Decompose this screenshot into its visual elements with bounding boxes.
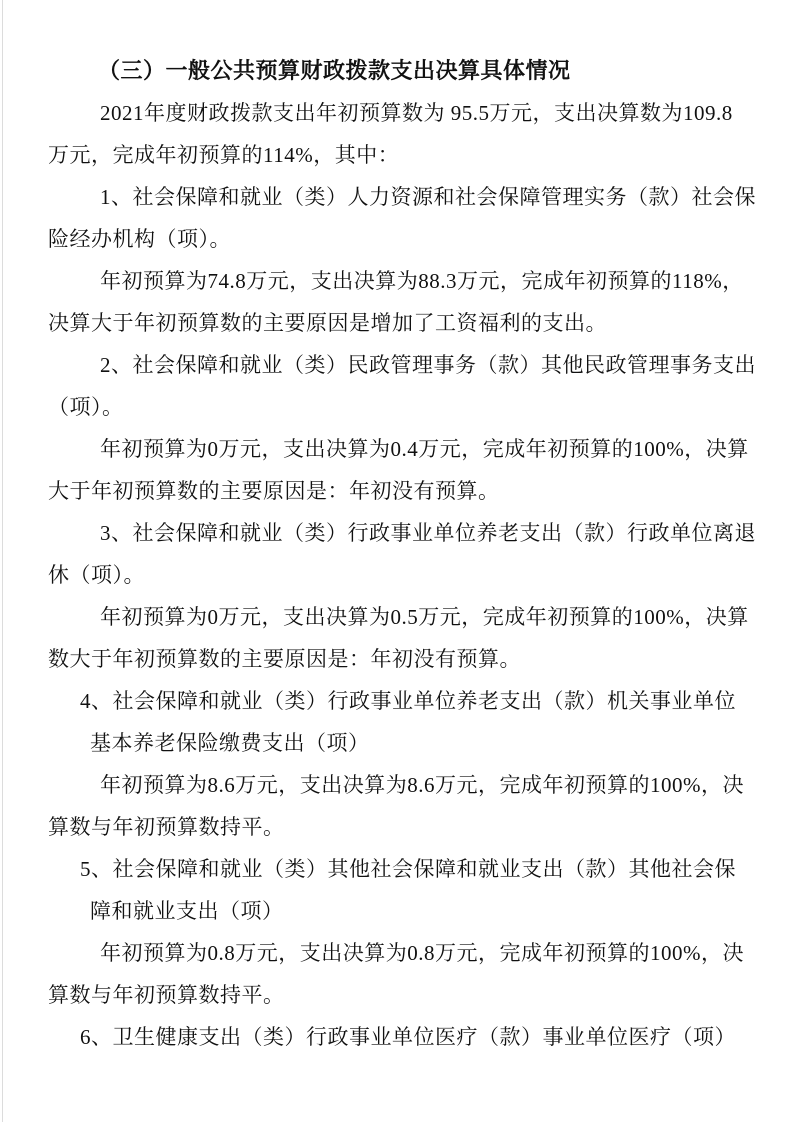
item-detail-line: 年初预算为8.6万元，支出决算为8.6万元，完成年初预算的100%，决 xyxy=(48,764,745,806)
item-title-line: 4、社会保障和就业（类）行政事业单位养老支出（款）机关事业单位 xyxy=(48,680,745,722)
item-detail-line: 年初预算为0.8万元，支出决算为0.8万元，完成年初预算的100%，决 xyxy=(48,932,745,974)
paragraph-line: 2021年度财政拨款支出年初预算数为 95.5万元，支出决算数为109.8 xyxy=(48,92,745,134)
scan-edge-artifact xyxy=(2,0,3,1122)
item-detail-line: 算数与年初预算数持平。 xyxy=(48,806,745,848)
paragraph-line: 万元，完成年初预算的114%，其中： xyxy=(48,134,745,176)
item-detail-line: 年初预算为0万元，支出决算为0.4万元，完成年初预算的100%，决算 xyxy=(48,428,745,470)
item-detail-line: 年初预算为0万元，支出决算为0.5万元，完成年初预算的100%，决算 xyxy=(48,596,745,638)
item-title-line: （项）。 xyxy=(48,386,745,428)
item-title-line: 6、卫生健康支出（类）行政事业单位医疗（款）事业单位医疗（项） xyxy=(48,1016,745,1058)
item-title-line: 3、社会保障和就业（类）行政事业单位养老支出（款）行政单位离退 xyxy=(48,512,745,554)
item-detail-line: 决算大于年初预算数的主要原因是增加了工资福利的支出。 xyxy=(48,302,745,344)
item-detail-line: 数大于年初预算数的主要原因是：年初没有预算。 xyxy=(48,638,745,680)
item-title-line: 5、社会保障和就业（类）其他社会保障和就业支出（款）其他社会保 xyxy=(48,848,745,890)
item-detail-line: 算数与年初预算数持平。 xyxy=(48,974,745,1016)
item-title-line: 2、社会保障和就业（类）民政管理事务（款）其他民政管理事务支出 xyxy=(48,344,745,386)
section-heading: （三）一般公共预算财政拨款支出决算具体情况 xyxy=(48,50,745,92)
item-title-line: 险经办机构（项）。 xyxy=(48,218,745,260)
document-page: （三）一般公共预算财政拨款支出决算具体情况 2021年度财政拨款支出年初预算数为… xyxy=(0,0,793,1122)
document-content: （三）一般公共预算财政拨款支出决算具体情况 2021年度财政拨款支出年初预算数为… xyxy=(48,50,745,1058)
item-title-line: 障和就业支出（项） xyxy=(48,890,745,932)
item-detail-line: 年初预算为74.8万元，支出决算为88.3万元，完成年初预算的118%， xyxy=(48,260,745,302)
item-title-line: 基本养老保险缴费支出（项） xyxy=(48,722,745,764)
item-detail-line: 大于年初预算数的主要原因是：年初没有预算。 xyxy=(48,470,745,512)
item-title-line: 休（项）。 xyxy=(48,554,745,596)
item-title-line: 1、社会保障和就业（类）人力资源和社会保障管理实务（款）社会保 xyxy=(48,176,745,218)
